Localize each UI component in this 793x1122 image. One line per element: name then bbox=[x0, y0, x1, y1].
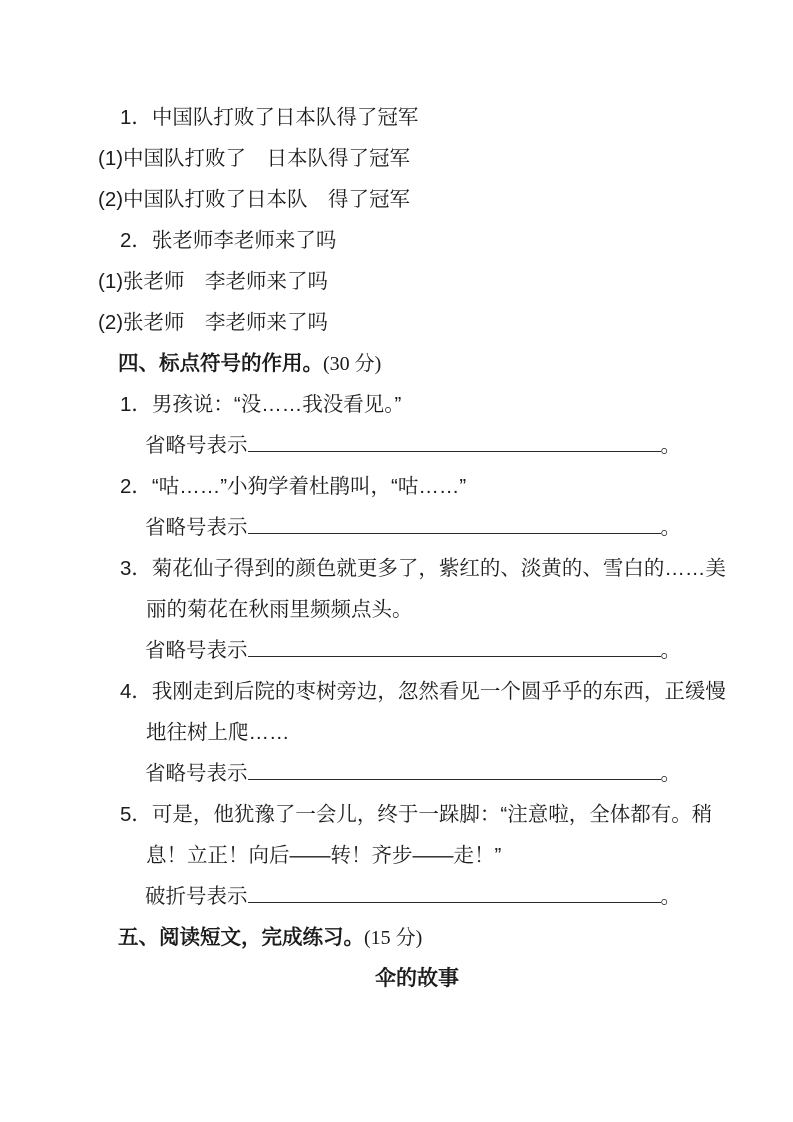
answer-blank bbox=[248, 876, 661, 903]
option-line: (1)张老师 李老师来了吗 bbox=[98, 261, 793, 302]
section-heading: 四、标点符号的作用。(30 分) bbox=[118, 343, 793, 384]
answer-line: 省略号表示。 bbox=[145, 630, 793, 671]
answer-line: 省略号表示。 bbox=[145, 507, 793, 548]
section-score: (30 分) bbox=[323, 353, 381, 375]
question-line: 5．可是，他犹豫了一会儿，终于一跺脚：“注意啦，全体都有。稍 bbox=[120, 794, 793, 835]
answer-period: 。 bbox=[661, 434, 682, 457]
section-score: (15 分) bbox=[364, 927, 422, 949]
answer-label: 省略号表示 bbox=[145, 762, 248, 785]
question-continuation-line: 地往树上爬…… bbox=[146, 712, 793, 753]
answer-label: 省略号表示 bbox=[145, 516, 248, 539]
answer-label: 省略号表示 bbox=[145, 639, 248, 662]
answer-blank bbox=[248, 507, 661, 534]
option-line: (1)中国队打败了 日本队得了冠军 bbox=[98, 138, 793, 179]
section-heading: 五、阅读短文，完成练习。(15 分) bbox=[118, 917, 793, 958]
answer-period: 。 bbox=[661, 885, 682, 908]
question-line: 1．男孩说：“没……我没看见。” bbox=[120, 384, 793, 425]
question-line: 2．“咕……”小狗学着杜鹃叫，“咕……” bbox=[120, 466, 793, 507]
section-heading-text: 五、阅读短文，完成练习。 bbox=[118, 926, 364, 949]
question-continuation-line: 息！立正！向后——转！齐步——走！” bbox=[146, 835, 793, 876]
answer-period: 。 bbox=[661, 762, 682, 785]
option-line: (2)中国队打败了日本队 得了冠军 bbox=[98, 179, 793, 220]
answer-period: 。 bbox=[661, 639, 682, 662]
worksheet-page: 1．中国队打败了日本队得了冠军 (1)中国队打败了 日本队得了冠军 (2)中国队… bbox=[0, 0, 793, 1122]
question-line: 1．中国队打败了日本队得了冠军 bbox=[120, 97, 793, 138]
answer-blank bbox=[248, 425, 661, 452]
question-line: 4．我刚走到后院的枣树旁边，忽然看见一个圆乎乎的东西，正缓慢 bbox=[120, 671, 793, 712]
option-line: (2)张老师 李老师来了吗 bbox=[98, 302, 793, 343]
answer-line: 破折号表示。 bbox=[145, 876, 793, 917]
section-heading-text: 四、标点符号的作用。 bbox=[118, 352, 323, 375]
question-continuation-line: 丽的菊花在秋雨里频频点头。 bbox=[146, 589, 793, 630]
answer-blank bbox=[248, 753, 661, 780]
answer-line: 省略号表示。 bbox=[145, 425, 793, 466]
question-line: 3．菊花仙子得到的颜色就更多了，紫红的、淡黄的、雪白的……美 bbox=[120, 548, 793, 589]
passage-title: 伞的故事 bbox=[120, 958, 714, 999]
question-line: 2．张老师李老师来了吗 bbox=[120, 220, 793, 261]
answer-blank bbox=[248, 630, 661, 657]
answer-line: 省略号表示。 bbox=[145, 753, 793, 794]
answer-label: 省略号表示 bbox=[145, 434, 248, 457]
answer-label: 破折号表示 bbox=[145, 885, 248, 908]
answer-period: 。 bbox=[661, 516, 682, 539]
